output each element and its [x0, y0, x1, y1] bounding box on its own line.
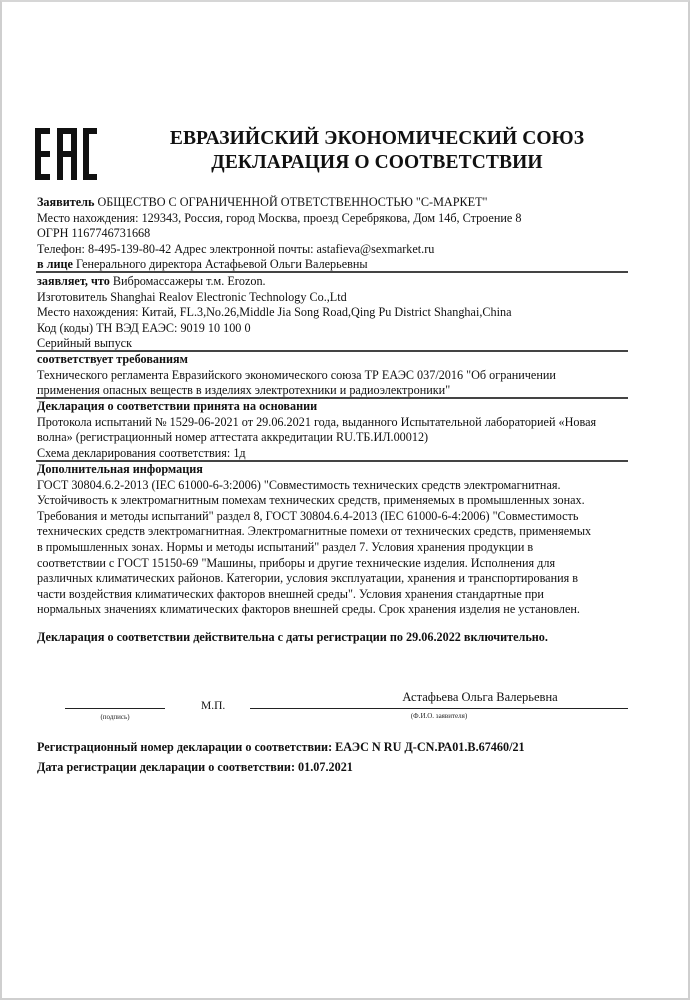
additional-label: Дополнительная информация [37, 462, 203, 476]
signature-line [65, 708, 165, 709]
hs-code: Код (коды) ТН ВЭД ЕАЭС: 9019 10 100 0 [37, 321, 629, 337]
title-union: ЕВРАЗИЙСКИЙ ЭКОНОМИЧЕСКИЙ СОЮЗ [122, 127, 632, 151]
declaration-page: ЕВРАЗИЙСКИЙ ЭКОНОМИЧЕСКИЙ СОЮЗ ДЕКЛАРАЦИ… [0, 0, 690, 1000]
product-label: заявляет, что [37, 274, 110, 288]
manufacturer: Изготовитель Shanghai Realov Electronic … [37, 290, 629, 306]
applicant-label: Заявитель [37, 195, 94, 209]
applicant-contacts: Телефон: 8-495-139-80-42 Адрес электронн… [37, 242, 629, 258]
document-title: ЕВРАЗИЙСКИЙ ЭКОНОМИЧЕСКИЙ СОЮЗ ДЕКЛАРАЦИ… [122, 127, 632, 175]
additional-line: Требования и методы испытаний" раздел 8,… [37, 509, 629, 525]
registration-number: Регистрационный номер декларации о соотв… [37, 740, 525, 755]
eac-mark-icon [35, 128, 97, 180]
compliance-label: соответствует требованиям [37, 352, 188, 366]
additional-section: Дополнительная информация ГОСТ 30804.6.2… [37, 462, 629, 618]
product-section: заявляет, что Вибромассажеры т.м. Erozon… [37, 274, 629, 352]
additional-line: технических средств электромагнитная. Эл… [37, 524, 629, 540]
stamp-placeholder: М.П. [201, 700, 225, 712]
divider [36, 271, 628, 273]
applicant-section: Заявитель ОБЩЕСТВО С ОГРАНИЧЕННОЙ ОТВЕТС… [37, 195, 629, 273]
additional-line: соответствии с ГОСТ 15150-69 "Машины, пр… [37, 556, 629, 572]
signer-name: Астафьева Ольга Валерьевна [332, 690, 628, 705]
validity-statement: Декларация о соответствии действительна … [37, 630, 548, 645]
additional-line: части воздействия климатических факторов… [37, 587, 629, 603]
representative-name: Генерального директора Астафьевой Ольги … [76, 257, 368, 271]
basis-line-1: Протокола испытаний № 1529-06-2021 от 29… [37, 415, 629, 431]
additional-line: в промышленных зонах. Нормы и методы исп… [37, 540, 629, 556]
registration-date: Дата регистрации декларации о соответств… [37, 760, 353, 775]
signer-name-caption: (Ф.И.О. заявителя) [250, 712, 628, 720]
signer-name-line [250, 708, 628, 709]
applicant-address: Место нахождения: 129343, Россия, город … [37, 211, 629, 227]
manufacturer-address: Место нахождения: Китай, FL.3,No.26,Midd… [37, 305, 629, 321]
additional-line: нормальных значениях климатических факто… [37, 602, 629, 618]
signature-caption: (подпись) [65, 713, 165, 721]
applicant-ogrn: ОГРН 1167746731668 [37, 226, 629, 242]
basis-line-2: волна» (регистрационный номер аттестата … [37, 430, 629, 446]
title-declaration: ДЕКЛАРАЦИЯ О СООТВЕТСТВИИ [122, 151, 632, 175]
additional-line: различных климатических районов. Категор… [37, 571, 629, 587]
representative-label: в лице [37, 257, 73, 271]
basis-label: Декларация о соответствии принята на осн… [37, 399, 317, 413]
additional-line: Устойчивость к электромагнитным помехам … [37, 493, 629, 509]
basis-section: Декларация о соответствии принята на осн… [37, 399, 629, 461]
compliance-section: соответствует требованиям Технического р… [37, 352, 629, 399]
applicant-name: ОБЩЕСТВО С ОГРАНИЧЕННОЙ ОТВЕТСТВЕННОСТЬЮ… [97, 195, 487, 209]
compliance-line-1: Технического регламента Евразийского эко… [37, 368, 629, 384]
product-name: Вибромассажеры т.м. Erozon. [113, 274, 266, 288]
additional-line: ГОСТ 30804.6.2-2013 (IEC 61000-6-3:2006)… [37, 478, 629, 494]
